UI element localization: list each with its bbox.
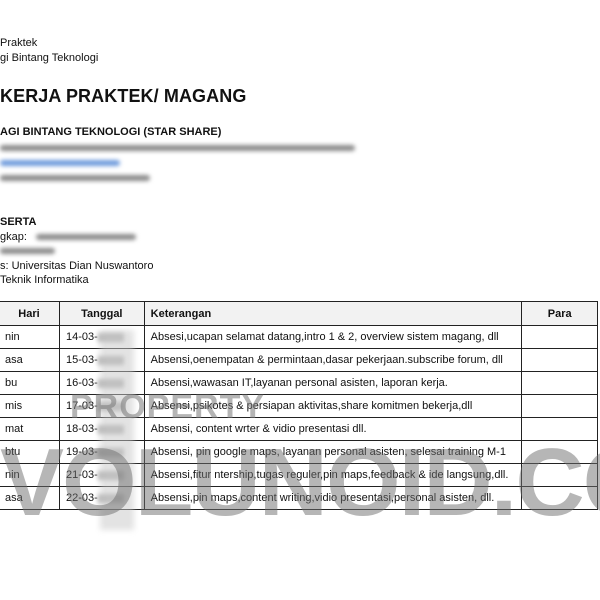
participant-name-label: gkap:: [0, 231, 27, 244]
table-row: btu19-03-Absensi, pin google maps, layan…: [0, 441, 598, 464]
cell-keterangan: Absensi,pin maps,content writing,vidio p…: [144, 487, 522, 510]
cell-hari: mis: [0, 395, 59, 418]
cell-keterangan: Absensi,fitur ntership,tugas reguler,pin…: [144, 464, 522, 487]
cell-paraf: [522, 487, 598, 510]
document-subtitle-2: gi Bintang Teknologi: [0, 52, 98, 65]
date-text: 16-03-: [66, 377, 98, 389]
table-header-row: Hari Tanggal Keterangan Para: [0, 302, 598, 326]
date-text: 21-03-: [66, 469, 98, 481]
date-text: 17-03-: [66, 400, 98, 412]
redaction-strip: [100, 330, 134, 530]
cell-keterangan: Absensi, content wrter & vidio presentas…: [144, 418, 522, 441]
cell-paraf: [522, 441, 598, 464]
table-row: mis17-03-Absensi,psikotes & persiapan ak…: [0, 395, 598, 418]
participant-section-heading: SERTA: [0, 216, 36, 229]
date-text: 14-03-: [66, 331, 98, 343]
cell-keterangan: Absensi,psikotes & persiapan aktivitas,s…: [144, 395, 522, 418]
date-text: 18-03-: [66, 423, 98, 435]
cell-paraf: [522, 395, 598, 418]
cell-hari: mat: [0, 418, 59, 441]
cell-keterangan: Absensi,wawasan IT,layanan personal asis…: [144, 372, 522, 395]
table-row: mat18-03-Absensi, content wrter & vidio …: [0, 418, 598, 441]
cell-hari: bu: [0, 372, 59, 395]
cell-paraf: [522, 372, 598, 395]
cell-paraf: [522, 418, 598, 441]
table-row: asa22-03-Absensi,pin maps,content writin…: [0, 487, 598, 510]
redacted-company-phone: [0, 175, 150, 181]
date-text: 15-03-: [66, 354, 98, 366]
table-row: bu16-03-Absensi,wawasan IT,layanan perso…: [0, 372, 598, 395]
activity-log-table: Hari Tanggal Keterangan Para nin14-03-Ab…: [0, 301, 598, 510]
cell-paraf: [522, 349, 598, 372]
date-text: 19-03-: [66, 446, 98, 458]
header-hari: Hari: [0, 302, 59, 326]
cell-paraf: [522, 464, 598, 487]
redacted-participant-name: [36, 234, 136, 240]
table-row: nin14-03-Absesi,ucapan selamat datang,in…: [0, 326, 598, 349]
table-row: asa15-03-Absensi,oenempatan & permintaan…: [0, 349, 598, 372]
cell-keterangan: Absesi,ucapan selamat datang,intro 1 & 2…: [144, 326, 522, 349]
redacted-company-address: [0, 145, 355, 151]
cell-hari: asa: [0, 487, 59, 510]
header-keterangan: Keterangan: [144, 302, 522, 326]
document-subtitle-1: Praktek: [0, 37, 37, 50]
cell-hari: nin: [0, 326, 59, 349]
cell-paraf: [522, 326, 598, 349]
header-paraf: Para: [522, 302, 598, 326]
participant-program: Teknik Informatika: [0, 274, 89, 287]
redacted-company-email: [0, 160, 120, 166]
cell-hari: nin: [0, 464, 59, 487]
redacted-participant-id: [0, 248, 55, 254]
table-row: nin21-03-Absensi,fitur ntership,tugas re…: [0, 464, 598, 487]
cell-hari: btu: [0, 441, 59, 464]
header-tanggal: Tanggal: [59, 302, 144, 326]
document-title: KERJA PRAKTEK/ MAGANG: [0, 86, 246, 107]
cell-hari: asa: [0, 349, 59, 372]
cell-keterangan: Absensi,oenempatan & permintaan,dasar pe…: [144, 349, 522, 372]
participant-university: s: Universitas Dian Nuswantoro: [0, 260, 153, 273]
date-text: 22-03-: [66, 492, 98, 504]
cell-keterangan: Absensi, pin google maps, layanan person…: [144, 441, 522, 464]
company-name: AGI BINTANG TEKNOLOGI (STAR SHARE): [0, 126, 221, 139]
